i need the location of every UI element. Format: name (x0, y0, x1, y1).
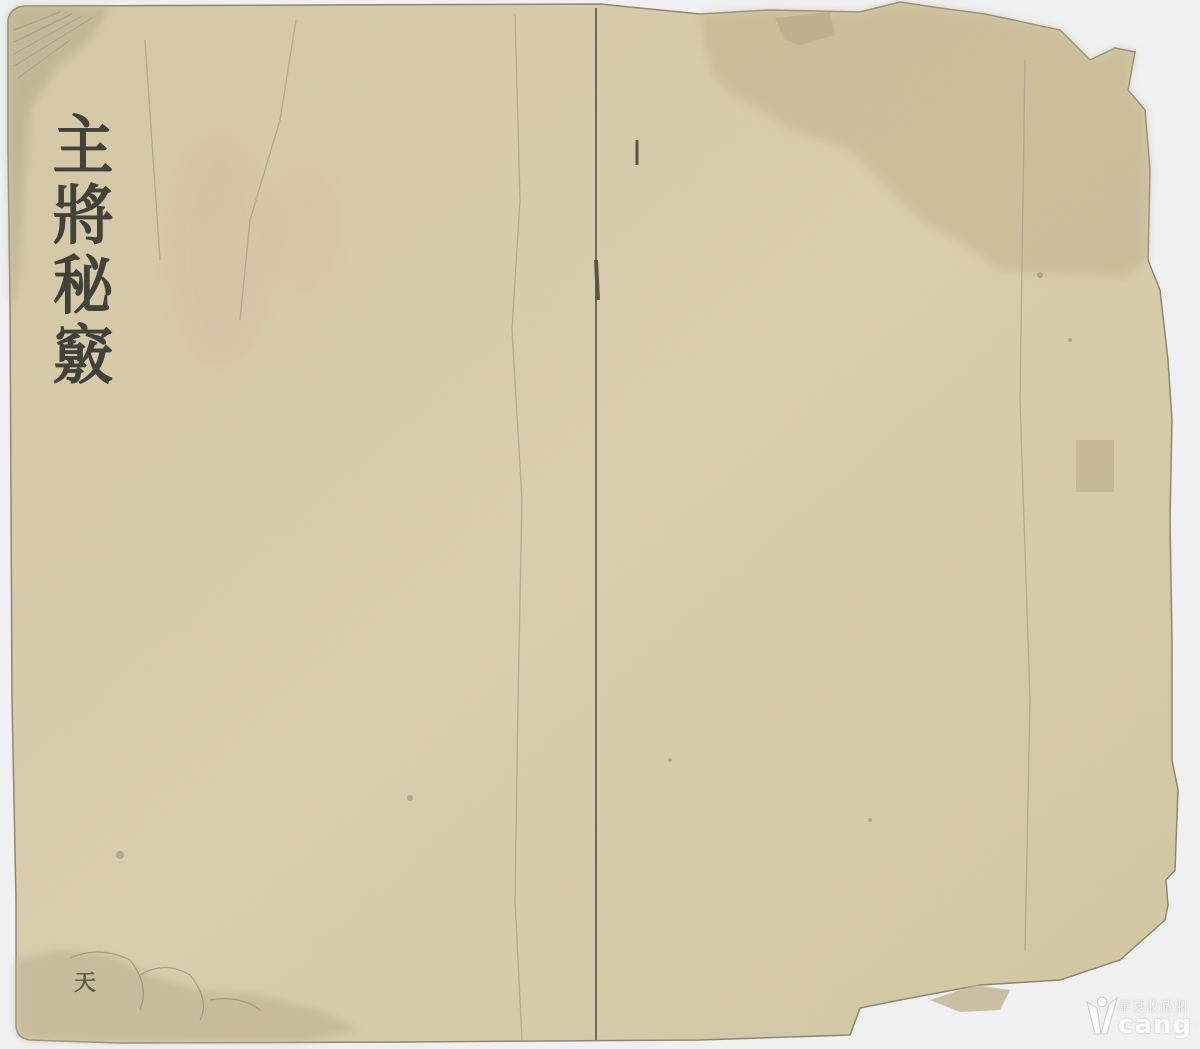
title-char: 主 (53, 112, 114, 182)
watermark-logo-icon (1085, 994, 1119, 1040)
site-watermark: 華夏收藏網 cang .com (1085, 988, 1200, 1048)
title-char: 將 (53, 182, 114, 252)
book-title: 主 將 秘 竅 (38, 112, 128, 392)
title-char: 竅 (53, 322, 114, 392)
volume-mark: 天 (74, 966, 96, 997)
watermark-latin: cang (1118, 1010, 1192, 1040)
watermark-domain: .com (1188, 1018, 1200, 1031)
title-char: 秘 (53, 252, 114, 322)
manuscript-photo (0, 0, 1200, 1049)
